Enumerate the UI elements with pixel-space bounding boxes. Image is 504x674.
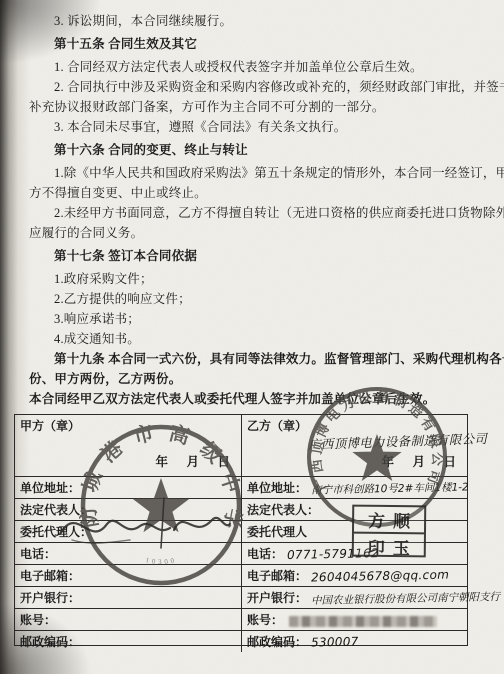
account-number-redacted (289, 616, 437, 627)
article-17-heading: 第十七条 签订本合同依据 (29, 246, 477, 266)
clause-line: 4.成交通知书。 (29, 329, 477, 349)
postcode-label: 邮政编码： (247, 635, 307, 649)
party-a-account-cell: 账号： (15, 608, 241, 630)
party-a-seal-code: 10300 (145, 556, 178, 566)
svg-text:10300: 10300 (145, 556, 178, 566)
clause-line: 1.政府采购文件； (29, 269, 477, 289)
bank-label: 开户银行： (20, 591, 80, 605)
party-a-legal-rep-signature (52, 496, 237, 554)
address-label: 单位地址： (247, 481, 307, 495)
clause-line: 方不得擅自变更、中止或终止。 (29, 183, 477, 203)
bank-value-handwritten: 中国农业银行股份有限公司南宁朝阳支行 (311, 589, 500, 608)
email-label: 电子邮箱： (247, 569, 307, 583)
article-15-heading: 第十五条 合同生效及其它 (29, 34, 477, 54)
clause-line: 2.未经甲方书面同意，乙方不得擅自转让（无进口资格的供应商委托进口货物除外）其 (29, 203, 477, 223)
party-b-bank-cell: 开户银行：中国农业银行股份有限公司南宁朝阳支行 (241, 586, 467, 608)
clause-line: 3. 本合同未尽事宜，遵照《合同法》有关条文执行。 (29, 117, 477, 137)
email-label: 电子邮箱： (20, 569, 80, 583)
article-16-heading: 第十六条 合同的变更、终止与转让 (29, 140, 477, 160)
party-b-name-stamp: 方顺 印玉 (352, 505, 427, 558)
clause-line: 1. 合同经双方法定代表人或授权代表签字并加盖单位公章后生效。 (29, 57, 477, 77)
postcode-value-handwritten: 530007 (311, 635, 359, 650)
party-b-account-cell: 账号： (241, 608, 467, 630)
address-label: 单位地址： (20, 481, 80, 495)
clause-line: 3.响应承诺书； (29, 309, 477, 329)
party-a-label: 甲方（章） (20, 419, 80, 433)
postcode-label: 邮政编码： (20, 635, 80, 649)
phone-label: 电话： (247, 547, 283, 561)
account-label: 账号： (247, 613, 283, 627)
agent-label: 委托代理人 (247, 525, 307, 539)
clause-line: 2. 合同执行中涉及采购资金和采购内容修改或补充的，须经财政部门审批，并签书面 (29, 77, 477, 97)
phone-label: 电话： (20, 547, 56, 561)
clause-line: 2.乙方提供的响应文件； (29, 289, 477, 309)
contract-body-text: 3. 诉讼期间，本合同继续履行。 第十五条 合同生效及其它 1. 合同经双方法定… (29, 11, 477, 409)
clause-line: 应履行的合同义务。 (29, 223, 477, 243)
article-19-heading: 第十九条 本合同一式六份，具有同等法律效力。监督管理部门、采购代理机构各一 (29, 349, 477, 369)
seal-star-icon (352, 434, 401, 481)
email-value-handwritten: 2604045678@qq.com (311, 568, 449, 585)
bank-label: 开户银行： (247, 591, 307, 605)
name-stamp-line-2: 印玉 (354, 534, 424, 560)
account-label: 账号： (20, 613, 56, 627)
party-a-postcode-cell: 邮政编码： (15, 630, 241, 652)
clause-line: 3. 诉讼期间，本合同继续履行。 (29, 11, 477, 31)
scanned-contract-page: 3. 诉讼期间，本合同继续履行。 第十五条 合同生效及其它 1. 合同经双方法定… (0, 0, 504, 674)
party-b-label: 乙方（章） (247, 419, 307, 433)
party-b-postcode-cell: 邮政编码：530007 (241, 630, 467, 652)
name-stamp-line-1: 方顺 (354, 507, 424, 535)
clause-line: 1.除《中华人民共和国政府采购法》第五十条规定的情形外，本合同一经签订，甲乙双 (29, 163, 477, 183)
party-b-email-cell: 电子邮箱：2604045678@qq.com (241, 564, 467, 586)
clause-line: 补充协议报财政部门备案，方可作为主合同不可分割的一部分。 (29, 97, 477, 117)
